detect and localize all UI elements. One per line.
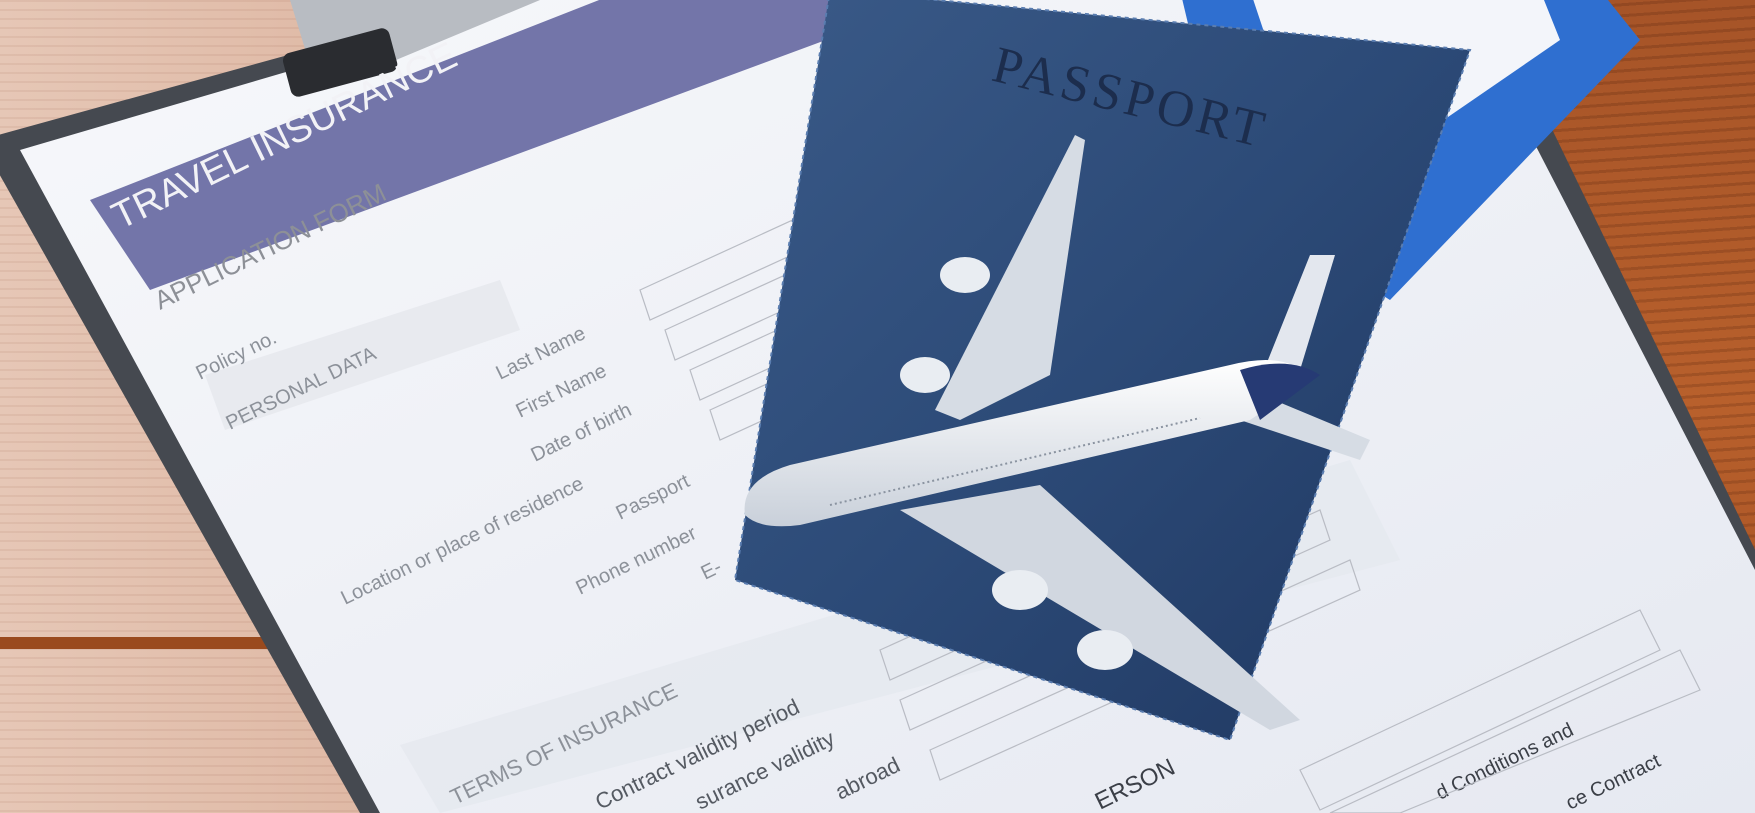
illustration: TRAVEL INSURANCE APPLICATION FORM Policy… <box>0 0 1755 813</box>
photo-scene: TRAVEL INSURANCE APPLICATION FORM Policy… <box>0 0 1755 813</box>
